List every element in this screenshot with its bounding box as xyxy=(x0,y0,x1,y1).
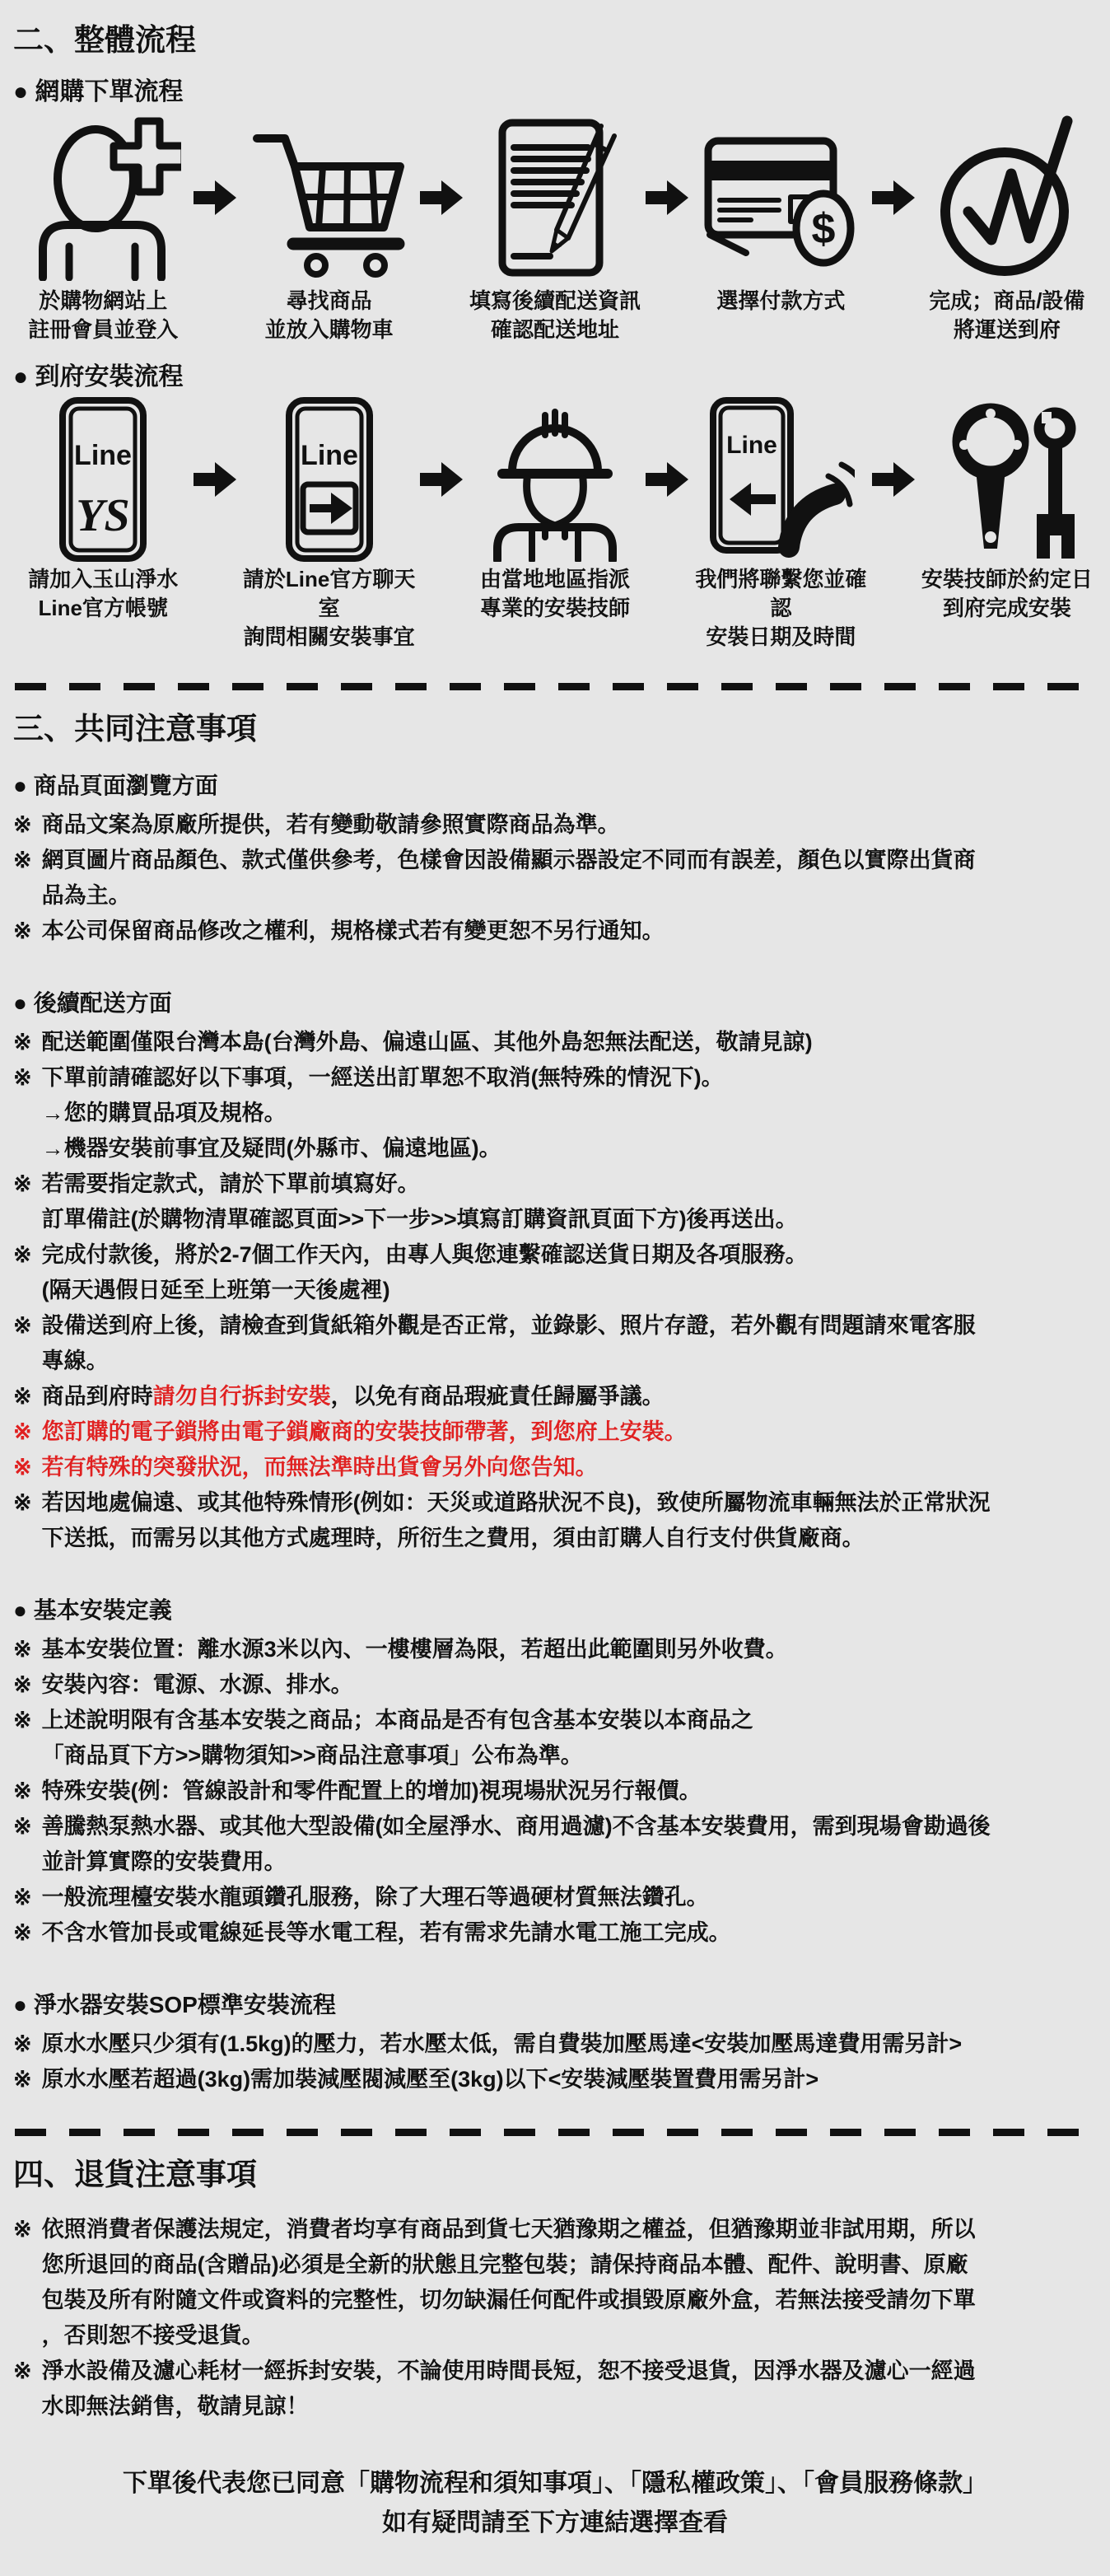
note-marker: ※ xyxy=(13,1414,32,1450)
basic-install-heading: ● 基本安裝定義 xyxy=(13,1592,1097,1625)
note-text: 商品到府時請勿自行拆封安裝，以免有商品瑕疵責任歸屬爭議。 xyxy=(42,1379,665,1414)
agreement-hint: 如有疑問請至下方連結選擇查看 xyxy=(13,2504,1097,2543)
note-marker: ※ xyxy=(13,1915,32,1951)
arrow-right-icon xyxy=(419,395,465,563)
note-text: 一般流理檯安裝水龍頭鑽孔服務，除了大理石等過硬材質無法鑽孔。 xyxy=(42,1880,709,1915)
svg-text:$: $ xyxy=(812,205,836,253)
note-text: 設備送到府上後，請檢查到貨紙箱外觀是否正常，並錄影、照片存證，若外觀有問題請來電… xyxy=(42,1308,976,1379)
note-marker: ※ xyxy=(13,1485,32,1521)
note-item: ※特殊安裝(例：管線設計和零件配置上的增加)視現場狀況另行報價。 xyxy=(13,1774,1097,1809)
note-item: ※配送範圍僅限台灣本島(台灣外島、偏遠山區、其他外島恕無法配送，敬請見諒) xyxy=(13,1025,1097,1060)
section-title-common-notes: 三、共同注意事項 xyxy=(13,704,1097,748)
note-marker: ※ xyxy=(13,1166,32,1202)
flow-step: 完成；商品/設備 將運送到府 xyxy=(917,110,1097,344)
arrow-right-icon xyxy=(419,110,465,285)
browse-heading: ● 商品頁面瀏覽方面 xyxy=(13,768,1097,801)
note-marker: ※ xyxy=(13,1809,32,1844)
note-text: 善騰熱泵熱水器、或其他大型設備(如全屋淨水、商用過濾)不含基本安裝費用，需到現場… xyxy=(42,1809,991,1880)
flow-online-heading: ● 網購下單流程 xyxy=(13,71,1097,107)
delivery-notes: ※配送範圍僅限台灣本島(台灣外島、偏遠山區、其他外島恕無法配送，敬請見諒) ※下… xyxy=(13,1025,1097,1556)
note-text: 淨水設備及濾心耗材一經拆封安裝，不論使用時間長短，恕不接受退貨，因淨水器及濾心一… xyxy=(42,2354,976,2424)
note-marker: ※ xyxy=(13,1667,32,1703)
note-marker: ※ xyxy=(13,2027,32,2062)
notice-page: 二、整體流程 ● 網購下單流程 於購物網站上 註冊會員並登入 xyxy=(0,0,1110,2576)
flow-step: $ 選擇付款方式 xyxy=(691,110,870,316)
note-text: 若有特殊的突發狀況，而無法準時出貨會另外向您告知。 xyxy=(42,1450,598,1485)
online-order-flow: 於購物網站上 註冊會員並登入 尋找商品 並放入購物車 xyxy=(13,110,1097,344)
arrow-right-icon xyxy=(645,395,691,563)
arrow-right-icon xyxy=(193,395,239,563)
arrow-right-icon xyxy=(193,110,239,285)
sop-notes: ※原水水壓只少須有(1.5kg)的壓力，若水壓太低，需自費裝加壓馬達<安裝加壓馬… xyxy=(13,2027,1097,2097)
note-item: ※基本安裝位置：離水源3米以內、一樓樓層為限，若超出此範圍則另外收費。 xyxy=(13,1632,1097,1667)
note-text: 配送範圍僅限台灣本島(台灣外島、偏遠山區、其他外島恕無法配送，敬請見諒) xyxy=(42,1025,813,1060)
dashed-divider xyxy=(15,683,1095,690)
note-text: 特殊安裝(例：管線設計和零件配置上的增加)視現場狀況另行報價。 xyxy=(42,1774,702,1809)
arrow-right-icon xyxy=(871,110,917,285)
flow-install-heading: ● 到府安裝流程 xyxy=(13,356,1097,392)
shopping-cart-icon xyxy=(247,110,412,285)
line-call-icon: Line xyxy=(707,395,855,563)
line-official-account-icon: Line YS xyxy=(57,395,149,563)
flow-step: Line YS 請加入玉山淨水 Line官方帳號 xyxy=(13,395,193,623)
note-text: 下單前請確認好以下事項，一經送出訂單恕不取消(無特殊的情況下)。 →您的購買品項… xyxy=(42,1060,724,1166)
sop-heading: ● 淨水器安裝SOP標準安裝流程 xyxy=(13,1987,1097,2020)
line-chat-icon: Line xyxy=(283,395,375,563)
arrow-right-icon xyxy=(871,395,917,563)
note-item: ※完成付款後，將於2-7個工作天內，由專人與您連繫確認送貨日期及各項服務。 (隔… xyxy=(13,1237,1097,1308)
note-text-part: ，以免有商品瑕疵責任歸屬爭議。 xyxy=(331,1384,665,1409)
note-marker: ※ xyxy=(13,807,32,843)
register-user-icon xyxy=(25,110,181,285)
install-tools-icon xyxy=(933,395,1081,563)
flow-step: 填寫後續配送資訊 確認配送地址 xyxy=(465,110,645,344)
note-text: 若需要指定款式，請於下單前填寫好。 訂單備註(於購物清單確認頁面>>下一步>>填… xyxy=(42,1166,798,1237)
flow-step-caption: 尋找商品 並放入購物車 xyxy=(265,287,394,344)
flow-step: Line 請於Line官方聊天室 詢問相關安裝事宜 xyxy=(239,395,418,652)
note-item: ※若需要指定款式，請於下單前填寫好。 訂單備註(於購物清單確認頁面>>下一步>>… xyxy=(13,1166,1097,1237)
note-marker: ※ xyxy=(13,843,32,878)
flow-step-caption: 我們將聯繫您並確認 安裝日期及時間 xyxy=(691,565,870,652)
delivery-heading: ● 後續配送方面 xyxy=(13,985,1097,1018)
note-text: 不含水管加長或電線延長等水電工程，若有需求先請水電工施工完成。 xyxy=(42,1915,731,1951)
svg-text:Line: Line xyxy=(301,440,358,471)
agreement-line: 下單後代表您已同意「購物流程和須知事項」、「隱私權政策」、「會員服務條款」 xyxy=(13,2464,1097,2504)
note-marker: ※ xyxy=(13,1308,32,1344)
credit-card-payment-icon: $ xyxy=(698,110,863,285)
flow-step-caption: 選擇付款方式 xyxy=(716,287,845,316)
note-item: ※不含水管加長或電線延長等水電工程，若有需求先請水電工施工完成。 xyxy=(13,1915,1097,1951)
svg-text:YS: YS xyxy=(77,490,130,541)
note-text: 安裝內容：電源、水源、排水。 xyxy=(42,1667,353,1703)
note-item: ※原水水壓只少須有(1.5kg)的壓力，若水壓太低，需自費裝加壓馬達<安裝加壓馬… xyxy=(13,2027,1097,2062)
flow-step: 安裝技師於約定日 到府完成安裝 xyxy=(917,395,1097,623)
note-text: 若因地處偏遠、或其他特殊情形(例如：天災或道路狀況不良)，致使所屬物流車輛無法於… xyxy=(42,1485,991,1556)
flow-step: Line 我們將聯繫您並確認 安裝日期及時間 xyxy=(691,395,870,652)
note-item: ※依照消費者保護法規定，消費者均享有商品到貨七天猶豫期之權益，但猶豫期並非試用期… xyxy=(13,2212,1097,2354)
note-item-warning: ※若有特殊的突發狀況，而無法準時出貨會另外向您告知。 xyxy=(13,1450,1097,1485)
flow-step-caption: 請於Line官方聊天室 詢問相關安裝事宜 xyxy=(239,565,418,652)
note-item: ※下單前請確認好以下事項，一經送出訂單恕不取消(無特殊的情況下)。 →您的購買品… xyxy=(13,1060,1097,1166)
flow-step-caption: 完成；商品/設備 將運送到府 xyxy=(929,287,1084,344)
note-text: 基本安裝位置：離水源3米以內、一樓樓層為限，若超出此範圍則另外收費。 xyxy=(42,1632,788,1667)
note-item: ※一般流理檯安裝水龍頭鑽孔服務，除了大理石等過硬材質無法鑽孔。 xyxy=(13,1880,1097,1915)
flow-step: 於購物網站上 註冊會員並登入 xyxy=(13,110,193,344)
note-text: 原水水壓若超過(3kg)需加裝減壓閥減壓至(3kg)以下<安裝減壓裝置費用需另計… xyxy=(42,2062,819,2097)
note-item: ※若因地處偏遠、或其他特殊情形(例如：天災或道路狀況不良)，致使所屬物流車輛無法… xyxy=(13,1485,1097,1556)
note-text-part: 商品到府時 xyxy=(42,1384,153,1409)
note-item-warning: ※您訂購的電子鎖將由電子鎖廠商的安裝技師帶著，到您府上安裝。 xyxy=(13,1414,1097,1450)
return-notes: ※依照消費者保護法規定，消費者均享有商品到貨七天猶豫期之權益，但猶豫期並非試用期… xyxy=(13,2212,1097,2424)
note-marker: ※ xyxy=(13,1025,32,1060)
note-text: 完成付款後，將於2-7個工作天內，由專人與您連繫確認送貨日期及各項服務。 (隔天… xyxy=(42,1237,808,1308)
note-item-mixed: ※商品到府時請勿自行拆封安裝，以免有商品瑕疵責任歸屬爭議。 xyxy=(13,1379,1097,1414)
note-item: ※設備送到府上後，請檢查到貨紙箱外觀是否正常，並錄影、照片存證，若外觀有問題請來… xyxy=(13,1308,1097,1379)
svg-text:Line: Line xyxy=(727,432,778,459)
note-text: 上述說明限有含基本安裝之商品；本商品是否有包含基本安裝以本商品之 「商品頁下方>… xyxy=(42,1703,753,1774)
note-text: 本公司保留商品修改之權利，規格樣式若有變更恕不另行通知。 xyxy=(42,914,665,949)
browse-notes: ※商品文案為原廠所提供，若有變動敬請參照實際商品為準。 ※網頁圖片商品顏色、款式… xyxy=(13,807,1097,949)
note-marker: ※ xyxy=(13,1450,32,1485)
note-item: ※淨水設備及濾心耗材一經拆封安裝，不論使用時間長短，恕不接受退貨，因淨水器及濾心… xyxy=(13,2354,1097,2424)
note-marker: ※ xyxy=(13,1880,32,1915)
note-item: ※商品文案為原廠所提供，若有變動敬請參照實際商品為準。 xyxy=(13,807,1097,843)
note-marker: ※ xyxy=(13,2354,32,2389)
note-text: 依照消費者保護法規定，消費者均享有商品到貨七天猶豫期之權益，但猶豫期並非試用期，… xyxy=(42,2212,976,2354)
arrow-right-icon xyxy=(645,110,691,285)
flow-step-caption: 由當地地區指派 專業的安裝技師 xyxy=(480,565,630,623)
note-item: ※安裝內容：電源、水源、排水。 xyxy=(13,1667,1097,1703)
note-marker: ※ xyxy=(13,1632,32,1667)
note-item: ※本公司保留商品修改之權利，規格樣式若有變更恕不另行通知。 xyxy=(13,914,1097,949)
note-item: ※原水水壓若超過(3kg)需加裝減壓閥減壓至(3kg)以下<安裝減壓裝置費用需另… xyxy=(13,2062,1097,2097)
flow-step: 尋找商品 並放入購物車 xyxy=(239,110,418,344)
note-marker: ※ xyxy=(13,1703,32,1738)
complete-check-icon xyxy=(929,110,1085,285)
dashed-divider xyxy=(15,2129,1095,2136)
note-text-warning: 請勿自行拆封安裝 xyxy=(153,1384,331,1409)
note-text: 原水水壓只少須有(1.5kg)的壓力，若水壓太低，需自費裝加壓馬達<安裝加壓馬達… xyxy=(42,2027,963,2062)
note-marker: ※ xyxy=(13,914,32,949)
note-item: ※上述說明限有含基本安裝之商品；本商品是否有包含基本安裝以本商品之 「商品頁下方… xyxy=(13,1703,1097,1774)
flow-step-caption: 於購物網站上 註冊會員並登入 xyxy=(28,287,178,344)
note-item: ※網頁圖片商品顏色、款式僅供參考，色樣會因設備顯示器設定不同而有誤差，顏色以實際… xyxy=(13,843,1097,914)
note-marker: ※ xyxy=(13,1237,32,1273)
technician-icon xyxy=(473,395,637,563)
flow-step-caption: 填寫後續配送資訊 確認配送地址 xyxy=(469,287,641,344)
note-text: 您訂購的電子鎖將由電子鎖廠商的安裝技師帶著，到您府上安裝。 xyxy=(42,1414,687,1450)
note-text: 網頁圖片商品顏色、款式僅供參考，色樣會因設備顯示器設定不同而有誤差，顏色以實際出… xyxy=(42,843,976,914)
flow-step-caption: 請加入玉山淨水 Line官方帳號 xyxy=(28,565,178,623)
note-text: 商品文案為原廠所提供，若有變動敬請參照實際商品為準。 xyxy=(42,807,620,843)
home-install-flow: Line YS 請加入玉山淨水 Line官方帳號 Line 請於Line官方聊天… xyxy=(13,395,1097,652)
flow-step: 由當地地區指派 專業的安裝技師 xyxy=(465,395,645,623)
note-marker: ※ xyxy=(13,1379,32,1414)
order-form-icon xyxy=(473,110,637,285)
note-marker: ※ xyxy=(13,1060,32,1096)
section-title-overall-process: 二、整體流程 xyxy=(13,15,1097,59)
note-marker: ※ xyxy=(13,2062,32,2097)
section-title-return-notes: 四、退貨注意事項 xyxy=(13,2149,1097,2194)
note-marker: ※ xyxy=(13,2212,32,2247)
flow-step-caption: 安裝技師於約定日 到府完成安裝 xyxy=(921,565,1093,623)
note-item: ※善騰熱泵熱水器、或其他大型設備(如全屋淨水、商用過濾)不含基本安裝費用，需到現… xyxy=(13,1809,1097,1880)
note-marker: ※ xyxy=(13,1774,32,1809)
agreement-footer: 下單後代表您已同意「購物流程和須知事項」、「隱私權政策」、「會員服務條款」 如有… xyxy=(13,2464,1097,2543)
svg-text:Line: Line xyxy=(74,440,132,471)
basic-install-notes: ※基本安裝位置：離水源3米以內、一樓樓層為限，若超出此範圍則另外收費。 ※安裝內… xyxy=(13,1632,1097,1951)
